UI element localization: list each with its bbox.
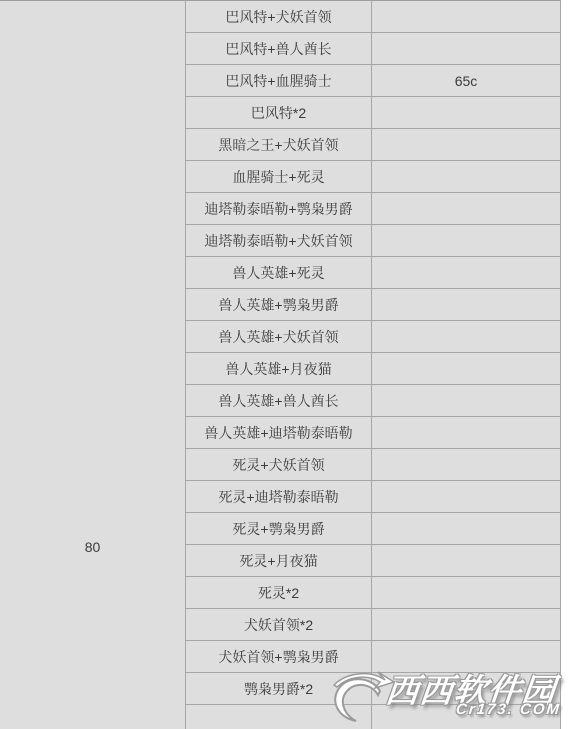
combo-cell: 犬妖首领*2 bbox=[186, 609, 371, 641]
combo-cell: 巴风特+兽人酋长 bbox=[186, 33, 371, 65]
combo-cell: 兽人英雄+鹗枭男爵 bbox=[186, 289, 371, 321]
value-cell bbox=[372, 513, 560, 545]
combo-cell: 兽人英雄+月夜猫 bbox=[186, 353, 371, 385]
value-cell bbox=[372, 33, 560, 65]
value-cell bbox=[372, 481, 560, 513]
screenshot-root: 80 巴风特+犬妖首领 巴风特+兽人酋长 巴风特+血腥骑士 巴风特*2 黑暗之王… bbox=[0, 0, 568, 729]
combo-cell: 兽人英雄+死灵 bbox=[186, 257, 371, 289]
value-cell bbox=[372, 257, 560, 289]
combo-cell: 黑暗之王+犬妖首领 bbox=[186, 129, 371, 161]
value-cell bbox=[372, 289, 560, 321]
value-cell bbox=[372, 129, 560, 161]
value-cell bbox=[372, 225, 560, 257]
value-cell bbox=[372, 417, 560, 449]
combo-cell: 迪塔勒泰晤勒+鹗枭男爵 bbox=[186, 193, 371, 225]
value-cell bbox=[372, 353, 560, 385]
value-column: 65c bbox=[372, 1, 561, 729]
level-cell: 80 bbox=[0, 539, 185, 555]
combo-cell: 死灵+犬妖首领 bbox=[186, 449, 371, 481]
value-cell bbox=[372, 193, 560, 225]
combo-cell: 迪塔勒泰晤勒+犬妖首领 bbox=[186, 225, 371, 257]
combo-cell: 死灵+月夜猫 bbox=[186, 545, 371, 577]
level-column: 80 bbox=[0, 1, 186, 729]
combo-cell: 犬妖首领+鹗枭男爵 bbox=[186, 641, 371, 673]
value-cell: 65c bbox=[372, 65, 560, 97]
combo-cell: 死灵*2 bbox=[186, 577, 371, 609]
combo-cell: 巴风特+犬妖首领 bbox=[186, 1, 371, 33]
value-cell bbox=[372, 161, 560, 193]
value-cell bbox=[372, 673, 560, 705]
value-cell bbox=[372, 97, 560, 129]
combo-cell: 死灵+鹗枭男爵 bbox=[186, 513, 371, 545]
combo-column: 巴风特+犬妖首领 巴风特+兽人酋长 巴风特+血腥骑士 巴风特*2 黑暗之王+犬妖… bbox=[186, 1, 372, 729]
value-cell bbox=[372, 1, 560, 33]
combo-cell: 兽人英雄+犬妖首领 bbox=[186, 321, 371, 353]
value-cell bbox=[372, 641, 560, 673]
value-cell bbox=[372, 449, 560, 481]
value-cell bbox=[372, 577, 560, 609]
combo-cell: 兽人英雄+兽人酋长 bbox=[186, 385, 371, 417]
combo-cell: 鹗枭男爵*2 bbox=[186, 673, 371, 705]
value-cell bbox=[372, 609, 560, 641]
value-cell bbox=[372, 385, 560, 417]
combo-table: 80 巴风特+犬妖首领 巴风特+兽人酋长 巴风特+血腥骑士 巴风特*2 黑暗之王… bbox=[0, 0, 561, 729]
combo-cell: 血腥骑士+死灵 bbox=[186, 161, 371, 193]
combo-cell: 死灵+迪塔勒泰晤勒 bbox=[186, 481, 371, 513]
value-cell bbox=[372, 545, 560, 577]
combo-cell: 巴风特+血腥骑士 bbox=[186, 65, 371, 97]
value-cell bbox=[372, 321, 560, 353]
combo-cell: 兽人英雄+迪塔勒泰晤勒 bbox=[186, 417, 371, 449]
combo-cell: 巴风特*2 bbox=[186, 97, 371, 129]
